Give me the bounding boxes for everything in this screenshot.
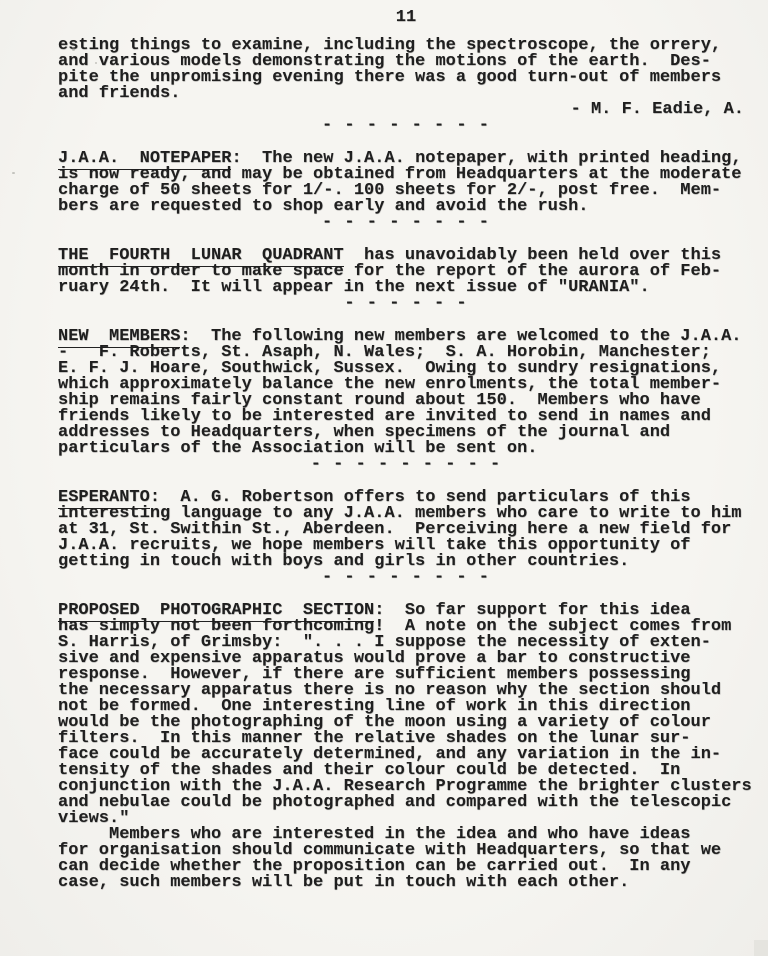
paper-speck	[95, 62, 97, 64]
section-separator: - - - - - - - - -	[58, 457, 754, 473]
document-page: 11 esting things to examine, including t…	[0, 0, 768, 956]
section-separator: - - - - - -	[58, 296, 754, 312]
scan-corner-artifact	[754, 940, 768, 956]
section-proposed-photographic: PROPOSED PHOTOGRAPHIC SECTION: So far su…	[58, 603, 754, 891]
paper-speck	[72, 48, 75, 51]
text-line: case, such members will be put in touch …	[58, 875, 754, 891]
section-fourth-lunar-quadrant: THE FOURTH LUNAR QUADRANT has unavoidabl…	[58, 248, 754, 312]
section-new-members: NEW MEMBERS: The following new members a…	[58, 329, 754, 473]
paper-speck	[12, 172, 15, 174]
section-separator: - - - - - - - -	[58, 118, 754, 134]
section-separator: - - - - - - - -	[58, 570, 754, 586]
section-esperanto: ESPERANTO: A. G. Robertson offers to sen…	[58, 490, 754, 586]
page-number: 11	[58, 10, 754, 26]
section-separator: - - - - - - - -	[58, 215, 754, 231]
text-line: and nebulae could be photographed and co…	[58, 795, 754, 811]
section-jaa-notepaper: J.A.A. NOTEPAPER: The new J.A.A. notepap…	[58, 151, 754, 231]
section-visit-report: esting things to examine, including the …	[58, 38, 754, 134]
